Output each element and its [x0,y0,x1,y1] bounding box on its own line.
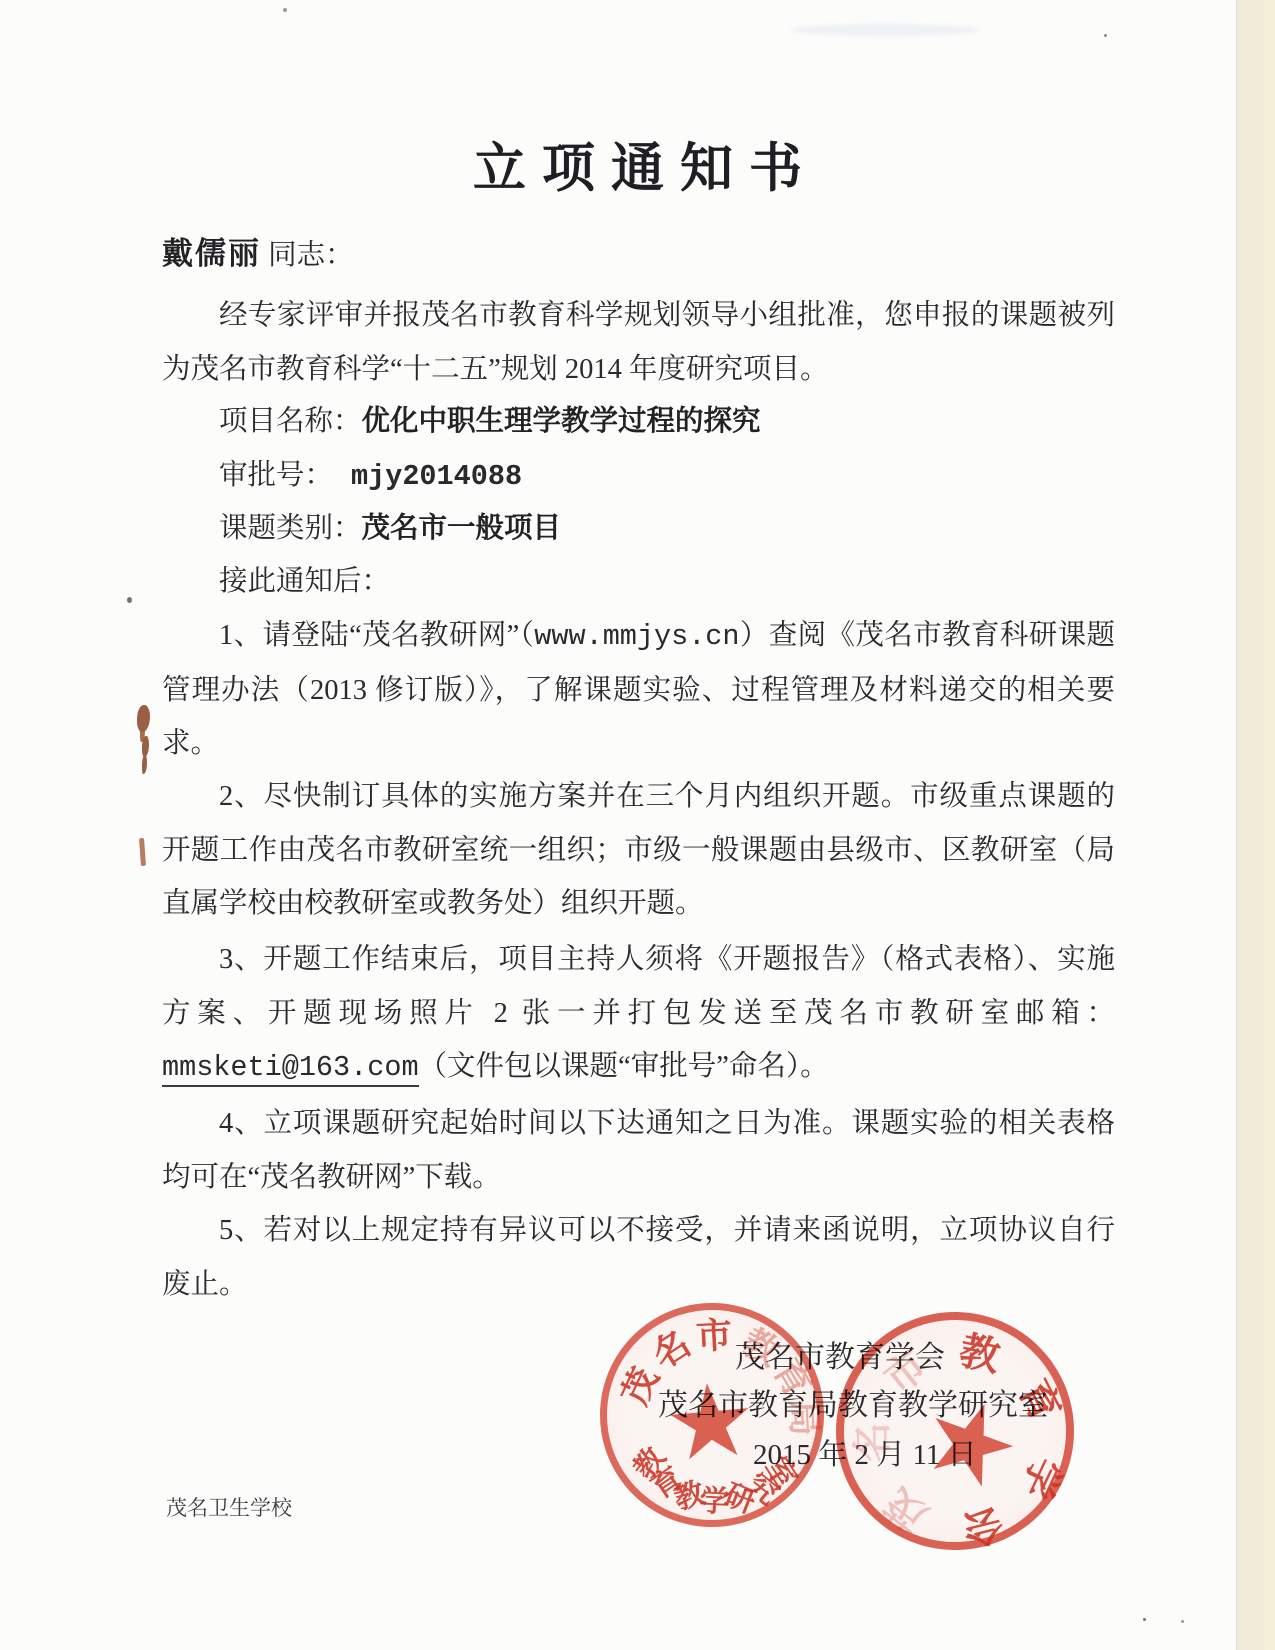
notice-item-2: 2、尽快制订具体的实施方案并在三个月内组织开题。市级重点课题的开题工作由茂名市教… [162,770,1115,931]
seal-char: 学 [1015,1451,1068,1504]
notice-item-3: 3、开题工作结束后，项目主持人须将《开题报告》（格式表格）、实施方案、开题现场照… [162,933,1115,1095]
category-label: 课题类别： [219,513,362,544]
scan-speck [127,597,132,603]
scan-speck [1143,1618,1146,1621]
approval-number-label: 审批号： [219,460,333,491]
notice-item-5: 5、若对以上规定持有异议可以不接受，并请来函说明，立项协议自行废止。 [162,1204,1115,1311]
signature-date: 2015 年 2 月 11 日 [753,1432,977,1473]
seal-char: 茂 [879,1482,935,1538]
item3-text: 3、开题工作结束后，项目主持人须将《开题报告》（格式表格）、实施方案、开题现场照… [162,944,1115,1029]
seal-char: 学 [699,1486,731,1518]
approval-number-line: 审批号：mjy2014088 [162,449,1115,504]
paper-edge-strip [1236,0,1275,1650]
project-name-line: 项目名称：优化中职生理学教学过程的探究 [162,395,1115,449]
approval-number-value: mjy2014088 [351,460,522,493]
item1-text: 1、请登陆“茂名教研网”（ [219,620,534,651]
scan-speck [1181,1620,1184,1623]
item3-text-cont: （文件包以课题“审批号”命名）。 [419,1051,829,1082]
intro-paragraph: 经专家评审并报茂名市教育科学规划领导小组批准，您申报的课题被列为茂名市教育科学“… [162,289,1115,396]
category-value: 茂名市一般项目 [362,512,562,544]
item1-website-url: www.mmjys.cn [534,620,739,653]
notice-item-1: 1、请登陆“茂名教研网”（www.mmjys.cn）查阅《茂名市教育科研课题管理… [162,609,1115,771]
notice-item-4: 4、立项课题研究起始时间以下达通知之日为准。课题实验的相关表格均可在“茂名教研网… [162,1097,1115,1204]
ink-dash-artifact [139,838,146,866]
seal-char: 究 [741,1469,783,1511]
footer-school-name: 茂名卫生学校 [166,1492,292,1522]
scan-speck [283,8,287,12]
signature-org-2: 茂名市教育局教育教学研究室 [658,1380,1048,1424]
signature-org-1: 茂名市教育学会 [735,1332,945,1376]
project-name-label: 项目名称： [219,406,362,437]
scan-speck [1104,34,1107,37]
item3-email-address: mmsketi@163.com [162,1051,419,1087]
seal-char: 育 [647,1463,689,1505]
recipient-name: 戴儒丽 [162,236,261,271]
document-title: 立项通知书 [0,126,1275,202]
scanned-document-page: 立项通知书 戴儒丽 同志： 经专家评审并报茂名市教育科学规划领导小组批准，您申报… [0,0,1275,1650]
seal-char: 教 [671,1479,708,1516]
notice-lead-line: 接此通知后： [162,555,1115,609]
seal-char: 教 [629,1443,671,1485]
scan-smudge [790,24,980,36]
salutation-suffix: 同志： [261,240,354,271]
seal-char: 研 [720,1480,759,1519]
category-line: 课题类别：茂名市一般项目 [162,502,1115,556]
seal-char: 市 [695,1317,733,1355]
project-name-value: 优化中职生理学教学过程的探究 [362,405,761,437]
seal-char: 教 [956,1331,1003,1378]
seal-char: 名 [646,1325,696,1375]
ink-blot-artifact [137,705,150,732]
salutation-line: 戴儒丽 同志： [162,227,1115,283]
seal-char: 会 [959,1502,1007,1550]
